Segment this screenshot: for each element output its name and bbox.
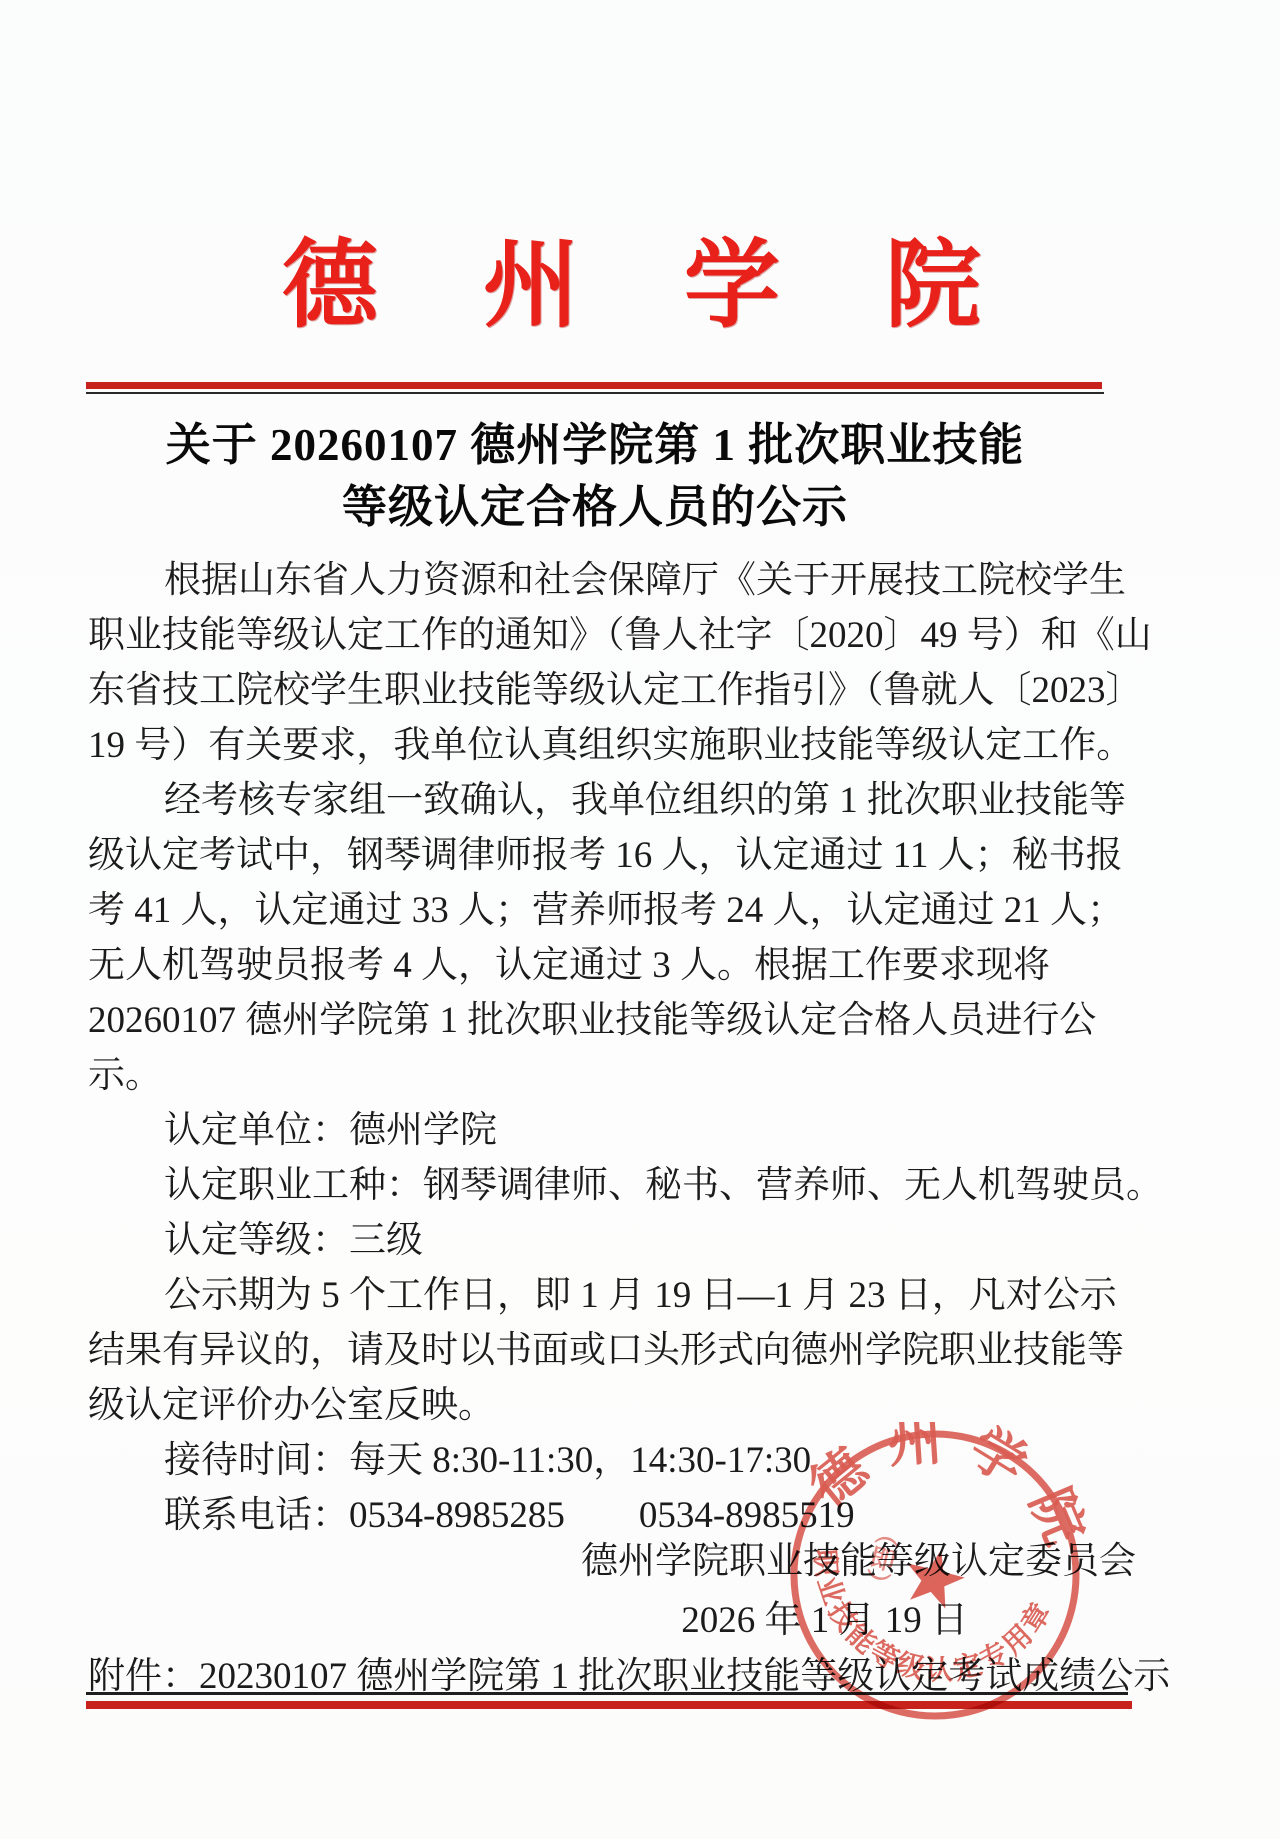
- body-line: 无人机驾驶员报考 4 人，认定通过 3 人。根据工作要求现将: [88, 938, 1102, 993]
- body-line: 考 41 人，认定通过 33 人；营养师报考 24 人，认定通过 21 人；: [88, 883, 1102, 938]
- letterhead-title: 德州学院: [282, 238, 1086, 334]
- official-seal: 德州学院 职业技能等级认定专用章 （即）: [782, 1422, 1088, 1728]
- body-line: 东省技工院校学生职业技能等级认定工作指引》（鲁就人〔2023〕: [88, 663, 1102, 718]
- scanned-notice-page: 德州学院 关于 20260107 德州学院第 1 批次职业技能 等级认定合格人员…: [0, 0, 1280, 1839]
- document-title-line1: 关于 20260107 德州学院第 1 批次职业技能: [88, 414, 1102, 476]
- body-line: 级认定考试中，钢琴调律师报考 16 人，认定通过 11 人；秘书报: [88, 828, 1102, 883]
- body-line-unit: 认定单位：德州学院: [88, 1103, 1102, 1158]
- body-line-level: 认定等级：三级: [88, 1213, 1102, 1268]
- body-line: 结果有异议的，请及时以书面或口头形式向德州学院职业技能等: [88, 1323, 1102, 1378]
- header-rule-red: [86, 382, 1102, 389]
- body-line: 经考核专家组一致确认，我单位组织的第 1 批次职业技能等: [88, 773, 1102, 828]
- body-line: 19 号）有关要求，我单位认真组织实施职业技能等级认定工作。: [88, 718, 1102, 773]
- document-title: 关于 20260107 德州学院第 1 批次职业技能 等级认定合格人员的公示: [88, 414, 1102, 538]
- body-text: 根据山东省人力资源和社会保障厅《关于开展技工院校学生 职业技能等级认定工作的通知…: [88, 553, 1102, 1543]
- body-line: 职业技能等级认定工作的通知》（鲁人社字〔2020〕49 号）和《山: [88, 608, 1102, 663]
- body-line: 根据山东省人力资源和社会保障厅《关于开展技工院校学生: [88, 553, 1102, 608]
- document-title-line2: 等级认定合格人员的公示: [88, 476, 1102, 538]
- body-line: 20260107 德州学院第 1 批次职业技能等级认定合格人员进行公: [88, 993, 1102, 1048]
- body-line: 公示期为 5 个工作日，即 1 月 19 日—1 月 23 日，凡对公示: [88, 1268, 1102, 1323]
- seal-ghost-mark: （即）: [858, 1518, 904, 1598]
- header-rule-black: [86, 392, 1104, 394]
- seal-star-icon: [899, 1543, 970, 1612]
- body-line: 示。: [88, 1048, 1102, 1103]
- body-line-occupations: 认定职业工种：钢琴调律师、秘书、营养师、无人机驾驶员。: [88, 1158, 1102, 1213]
